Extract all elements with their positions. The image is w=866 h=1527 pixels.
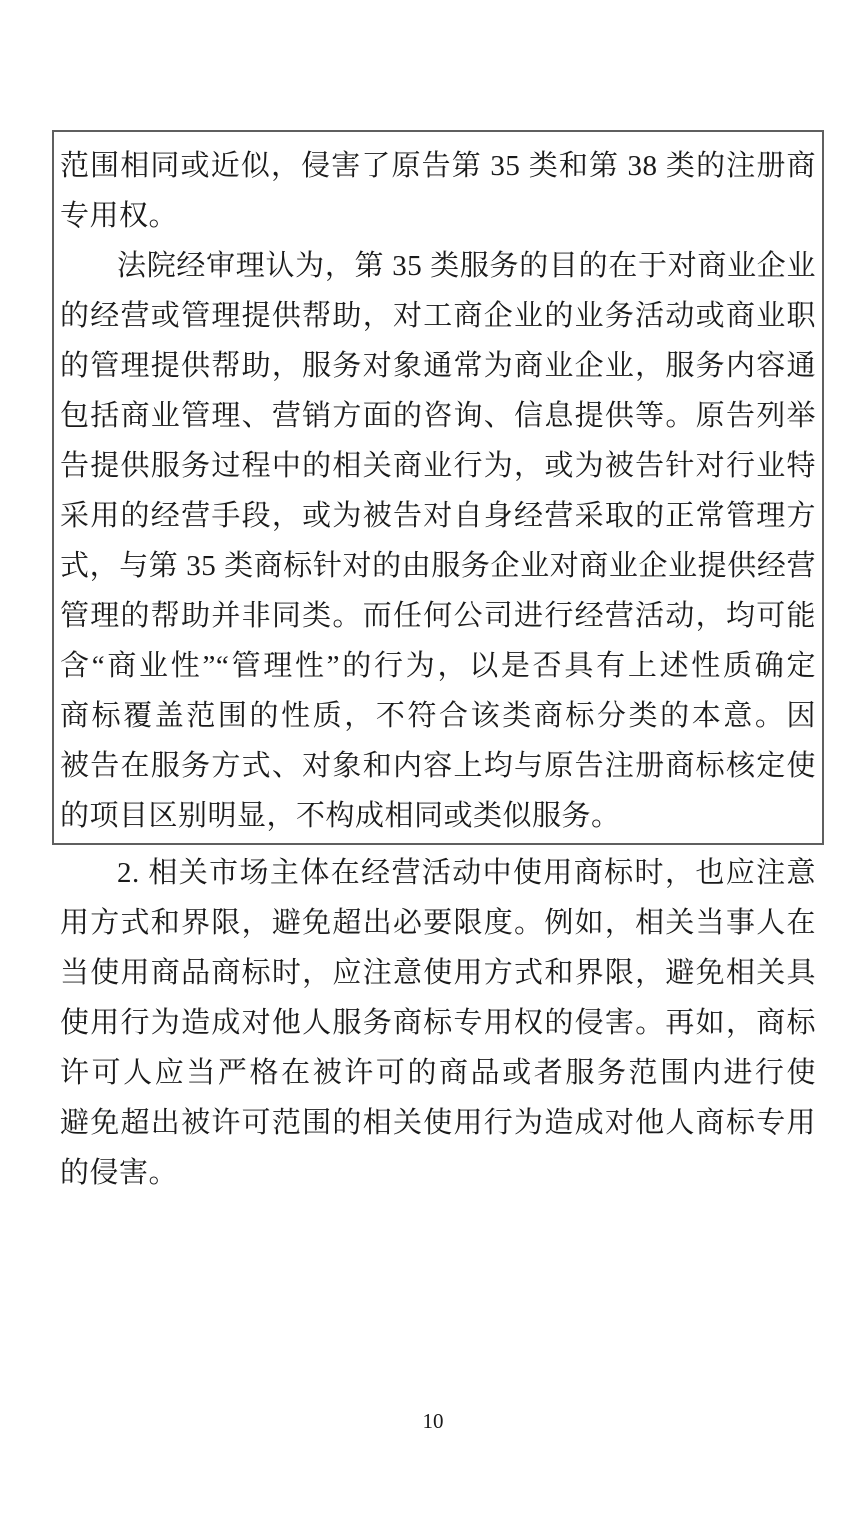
boxed-section: 范围相同或近似，侵害了原告第 35 类和第 38 类的注册商标专用权。法院经审理… xyxy=(52,130,824,845)
text-line: 范围相同或近似，侵害了原告第 35 类和第 38 类的注册商标 xyxy=(60,141,816,191)
text-line: 采用的经营手段，或为被告对自身经营采取的正常管理方 xyxy=(60,491,816,541)
text-line: 含“商业性”“管理性”的行为，以是否具有上述性质确定 xyxy=(60,641,816,691)
text-line: 专用权。 xyxy=(60,191,816,241)
text-line: 使用行为造成对他人服务商标专用权的侵害。再如，商标被 xyxy=(60,998,816,1048)
document-page: 范围相同或近似，侵害了原告第 35 类和第 38 类的注册商标专用权。法院经审理… xyxy=(0,0,866,1527)
text-line: 被告在服务方式、对象和内容上均与原告注册商标核定使用 xyxy=(60,741,816,791)
text-line: 法院经审理认为，第 35 类服务的目的在于对商业企业 xyxy=(60,241,816,291)
text-line: 2. 相关市场主体在经营活动中使用商标时，也应注意使 xyxy=(60,848,816,898)
text-line: 当使用商品商标时，应注意使用方式和界限，避免相关具体 xyxy=(60,948,816,998)
text-line: 许可人应当严格在被许可的商品或者服务范围内进行使用， xyxy=(60,1048,816,1098)
text-line: 商标覆盖范围的性质，不符合该类商标分类的本意。因此， xyxy=(60,691,816,741)
page-number: 10 xyxy=(0,1408,866,1434)
text-line: 管理的帮助并非同类。而任何公司进行经营活动，均可能包 xyxy=(60,591,816,641)
body-section: 2. 相关市场主体在经营活动中使用商标时，也应注意使用方式和界限，避免超出必要限… xyxy=(60,848,816,1198)
text-line: 包括商业管理、营销方面的咨询、信息提供等。原告列举被 xyxy=(60,391,816,441)
text-line: 的项目区别明显，不构成相同或类似服务。 xyxy=(60,791,816,841)
text-line: 式，与第 35 类商标针对的由服务企业对商业企业提供经营 xyxy=(60,541,816,591)
text-line: 告提供服务过程中的相关商业行为，或为被告针对行业特点 xyxy=(60,441,816,491)
text-line: 的管理提供帮助，服务对象通常为商业企业，服务内容通常 xyxy=(60,341,816,391)
text-line: 用方式和界限，避免超出必要限度。例如，相关当事人在正 xyxy=(60,898,816,948)
text-line: 避免超出被许可范围的相关使用行为造成对他人商标专用权 xyxy=(60,1098,816,1148)
text-line: 的侵害。 xyxy=(60,1148,816,1198)
text-line: 的经营或管理提供帮助，对工商企业的业务活动或商业职能 xyxy=(60,291,816,341)
